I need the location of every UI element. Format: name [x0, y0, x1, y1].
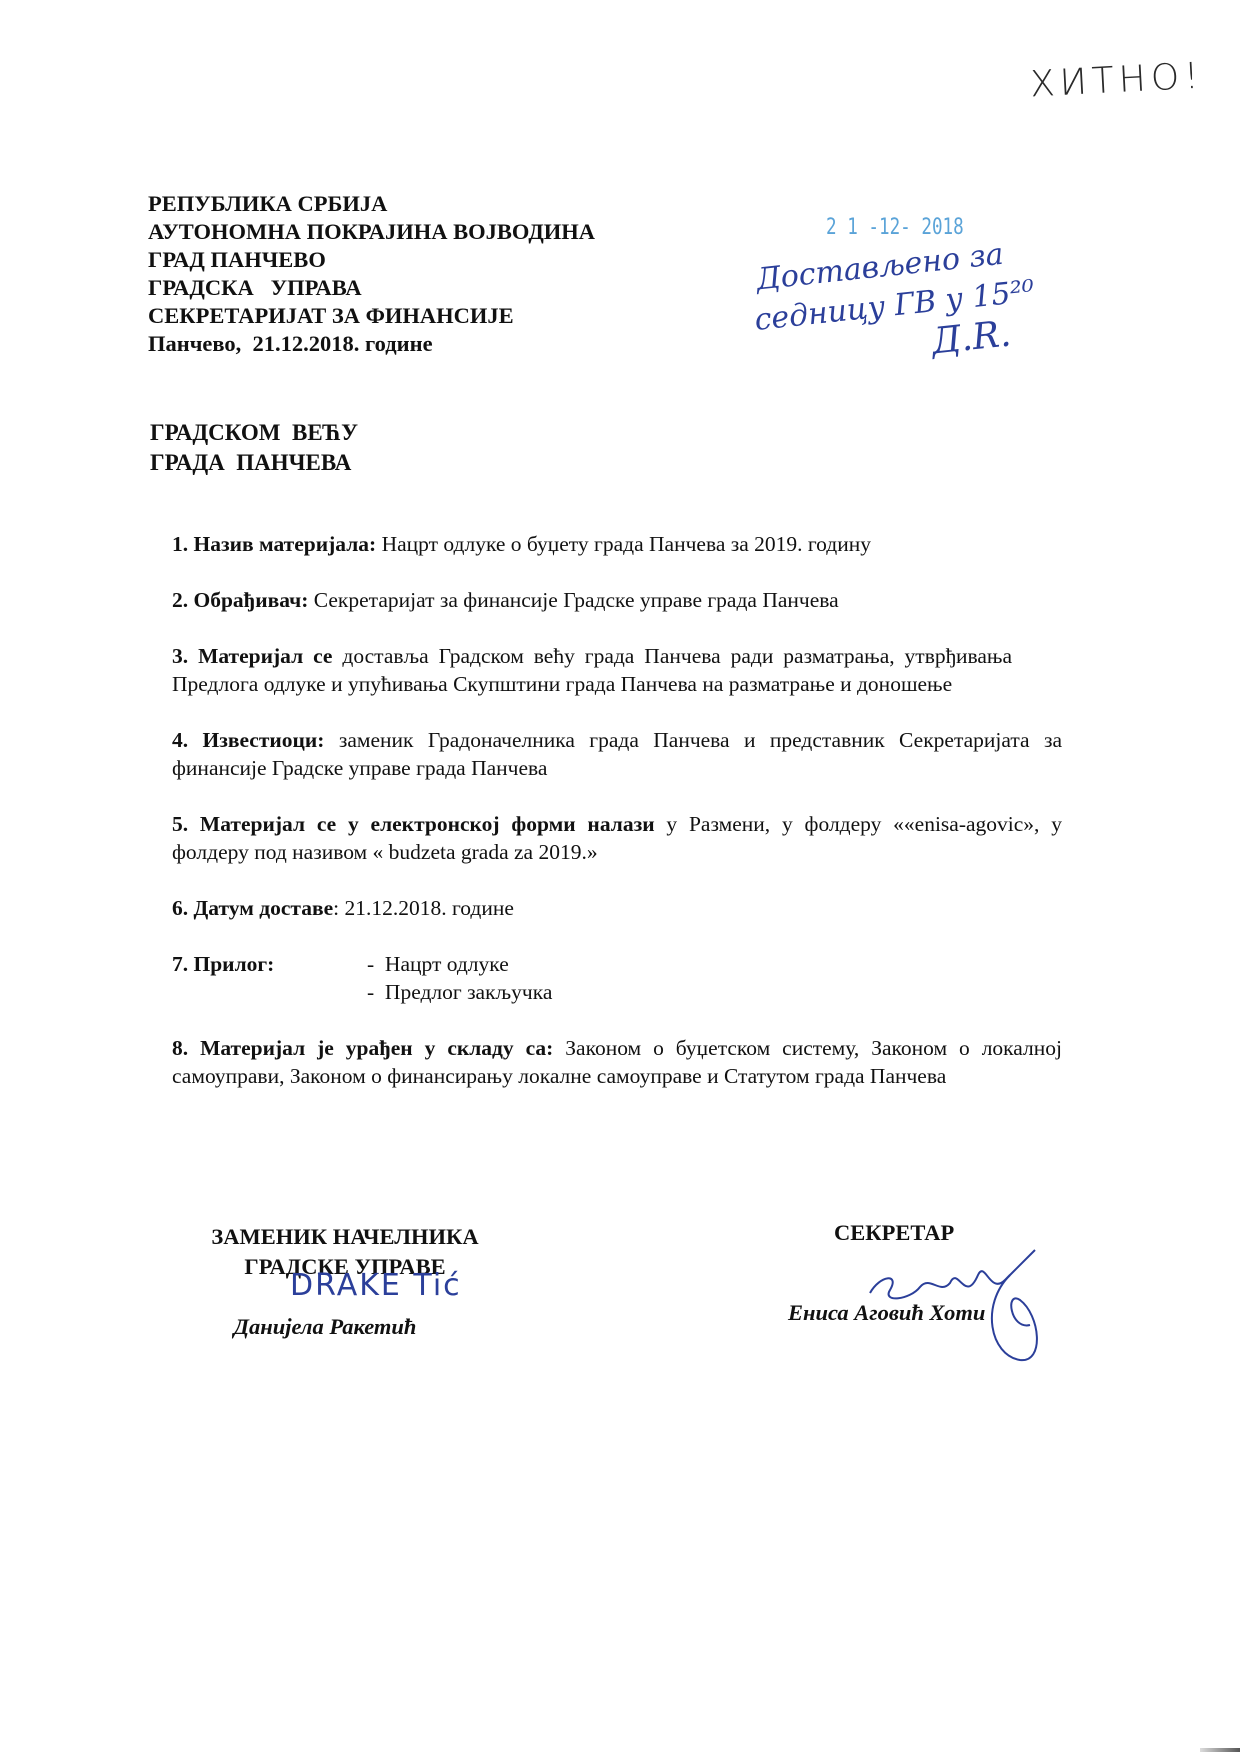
item-text: Нацрт одлуке о буџету града Панчева за 2… — [376, 532, 871, 556]
item-attachments: 7. Прилог: Нацрт одлуке Предлог закључка — [172, 950, 1062, 1006]
item-preparer: 2. Обрађивач: Секретаријат за финансије … — [172, 586, 1062, 614]
item-compliance: 8. Материјал је урађен у складу са: Зако… — [172, 1034, 1062, 1090]
item-label: 1. Назив материјала: — [172, 532, 376, 556]
item-delivery-date: 6. Датум доставе: 21.12.2018. године — [172, 894, 1062, 922]
item-electronic-location: 5. Материјал се у електронској форми нал… — [172, 810, 1062, 866]
item-label: 3. Материјал се — [172, 644, 332, 668]
urgent-handwritten-mark: ХИТНО! — [1029, 55, 1205, 105]
header-line-province: АУТОНОМНА ПОКРАЈИНА ВОЈВОДИНА — [148, 218, 595, 246]
item-purpose: 3. Материјал се доставља Градском већу г… — [172, 642, 1012, 698]
header-line-city: ГРАД ПАНЧЕВО — [148, 246, 595, 274]
recipient-line-2: ГРАДА ПАНЧЕВА — [150, 448, 358, 478]
header-line-republic: РЕПУБЛИКА СРБИЈА — [148, 190, 595, 218]
attachment-item: Предлог закључка — [367, 978, 552, 1006]
item-text: Секретаријат за финансије Градске управе… — [308, 588, 838, 612]
item-label: 8. Материјал је урађен у складу са: — [172, 1036, 553, 1060]
item-label: 6. Датум доставе — [172, 896, 333, 920]
item-material-title: 1. Назив материјала: Нацрт одлуке о буџе… — [172, 530, 1062, 558]
signature-title-line-1: ЗАМЕНИК НАЧЕЛНИКА — [180, 1222, 510, 1252]
scan-edge-smudge — [1200, 1748, 1240, 1752]
attachments-list: Нацрт одлуке Предлог закључка — [367, 950, 552, 1006]
handnote-initials: Д.R. — [930, 312, 1041, 363]
header-line-secretariat: СЕКРЕТАРИЈАТ ЗА ФИНАНСИЈЕ — [148, 302, 595, 330]
handwritten-signature-deputy: DRAKE Tić — [290, 1268, 462, 1303]
attachments-label: 7. Прилог: — [172, 950, 367, 1006]
received-date-stamp: 2 1 -12- 2018 — [826, 215, 964, 240]
header-line-date: Панчево, 21.12.2018. године — [148, 330, 595, 358]
document-header: РЕПУБЛИКА СРБИЈА АУТОНОМНА ПОКРАЈИНА ВОЈ… — [148, 190, 595, 358]
recipient-line-1: ГРАДСКОМ ВЕЋУ — [150, 418, 358, 448]
recipient-block: ГРАДСКОМ ВЕЋУ ГРАДА ПАНЧЕВА — [150, 418, 358, 478]
item-text: : 21.12.2018. године — [333, 896, 514, 920]
item-rapporteurs: 4. Известиоци: заменик Градоначелника гр… — [172, 726, 1062, 782]
handwritten-delivery-note: Достављено за седницу ГВ у 15²⁰ Д.R. — [754, 232, 1040, 380]
header-line-administration: ГРАДСКА УПРАВА — [148, 274, 595, 302]
document-body: 1. Назив материјала: Нацрт одлуке о буџе… — [172, 530, 1062, 1118]
handwritten-signature-secretary — [860, 1245, 1060, 1365]
signature-title: СЕКРЕТАР — [780, 1218, 1020, 1248]
item-label: 4. Известиоци: — [172, 728, 324, 752]
item-label: 5. Материјал се у електронској форми нал… — [172, 812, 655, 836]
signatory-name: Данијела Ракетић — [180, 1312, 510, 1342]
attachment-item: Нацрт одлуке — [367, 950, 552, 978]
item-label: 2. Обрађивач: — [172, 588, 308, 612]
